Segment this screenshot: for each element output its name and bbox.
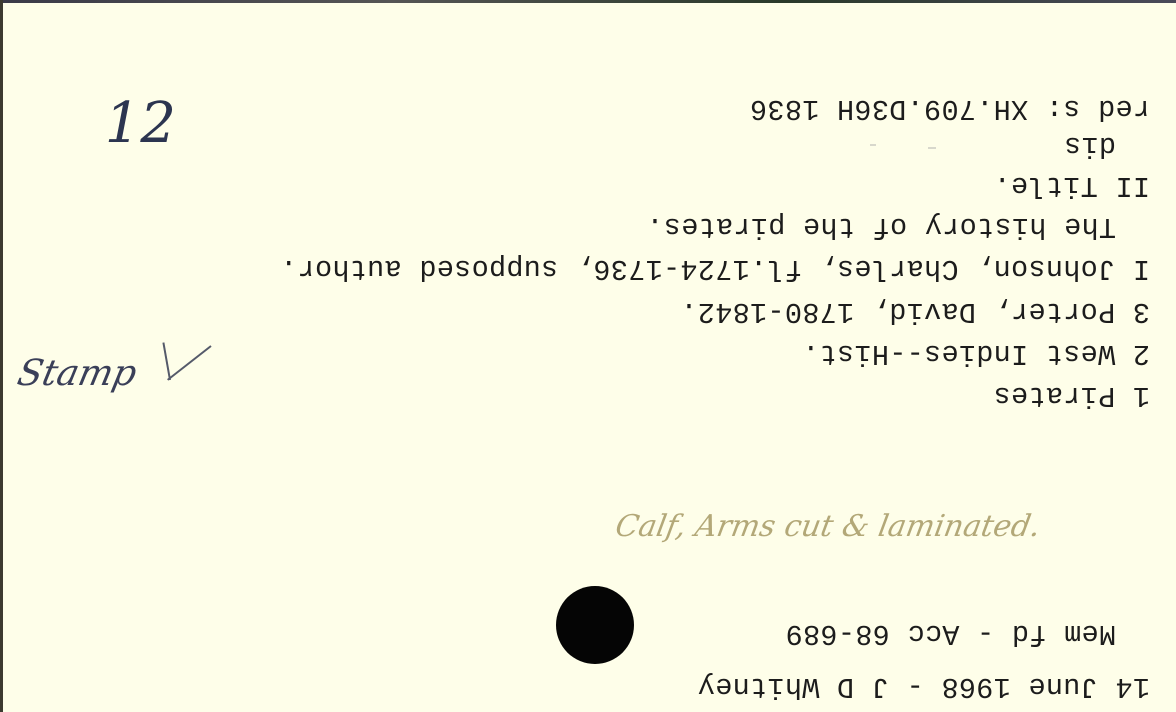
accession-date-line: 14 June 1968 - J D Whitney (698, 672, 1150, 701)
tracing-subject-2: 2 West Indies--Hist. (802, 339, 1150, 368)
tracing-title: II Title. (993, 171, 1150, 200)
call-number-line: red s: XH.709.D36H 1836 (750, 94, 1150, 123)
tracing-added-author: I Johnson, Charles, fl.1724-1736, suppos… (280, 254, 1150, 283)
handwritten-number: 12 (105, 91, 176, 156)
status-dis: dis (1064, 131, 1116, 160)
tracing-subject-3: 3 Porter, David, 1780-1842. (680, 297, 1150, 326)
check-mark-stroke (167, 345, 212, 380)
accession-number-line: Mem fd - Acc 68-689 (785, 619, 1116, 648)
pencil-binding-note: Calf, Arms cut & laminated. (613, 509, 1043, 544)
card-top-edge (0, 0, 1176, 3)
tracing-added-title: The history of the pirates. (646, 212, 1116, 241)
handwritten-stamp-note: Stamp (14, 353, 140, 394)
punch-hole (556, 586, 634, 664)
catalog-card: 14 June 1968 - J D Whitney Mem fd - Acc … (0, 0, 1176, 712)
tracing-subject-1: 1 Pirates (993, 381, 1150, 410)
smudge (928, 147, 936, 149)
card-left-edge (0, 0, 3, 712)
check-mark-stroke (162, 342, 171, 380)
smudge (870, 144, 876, 146)
